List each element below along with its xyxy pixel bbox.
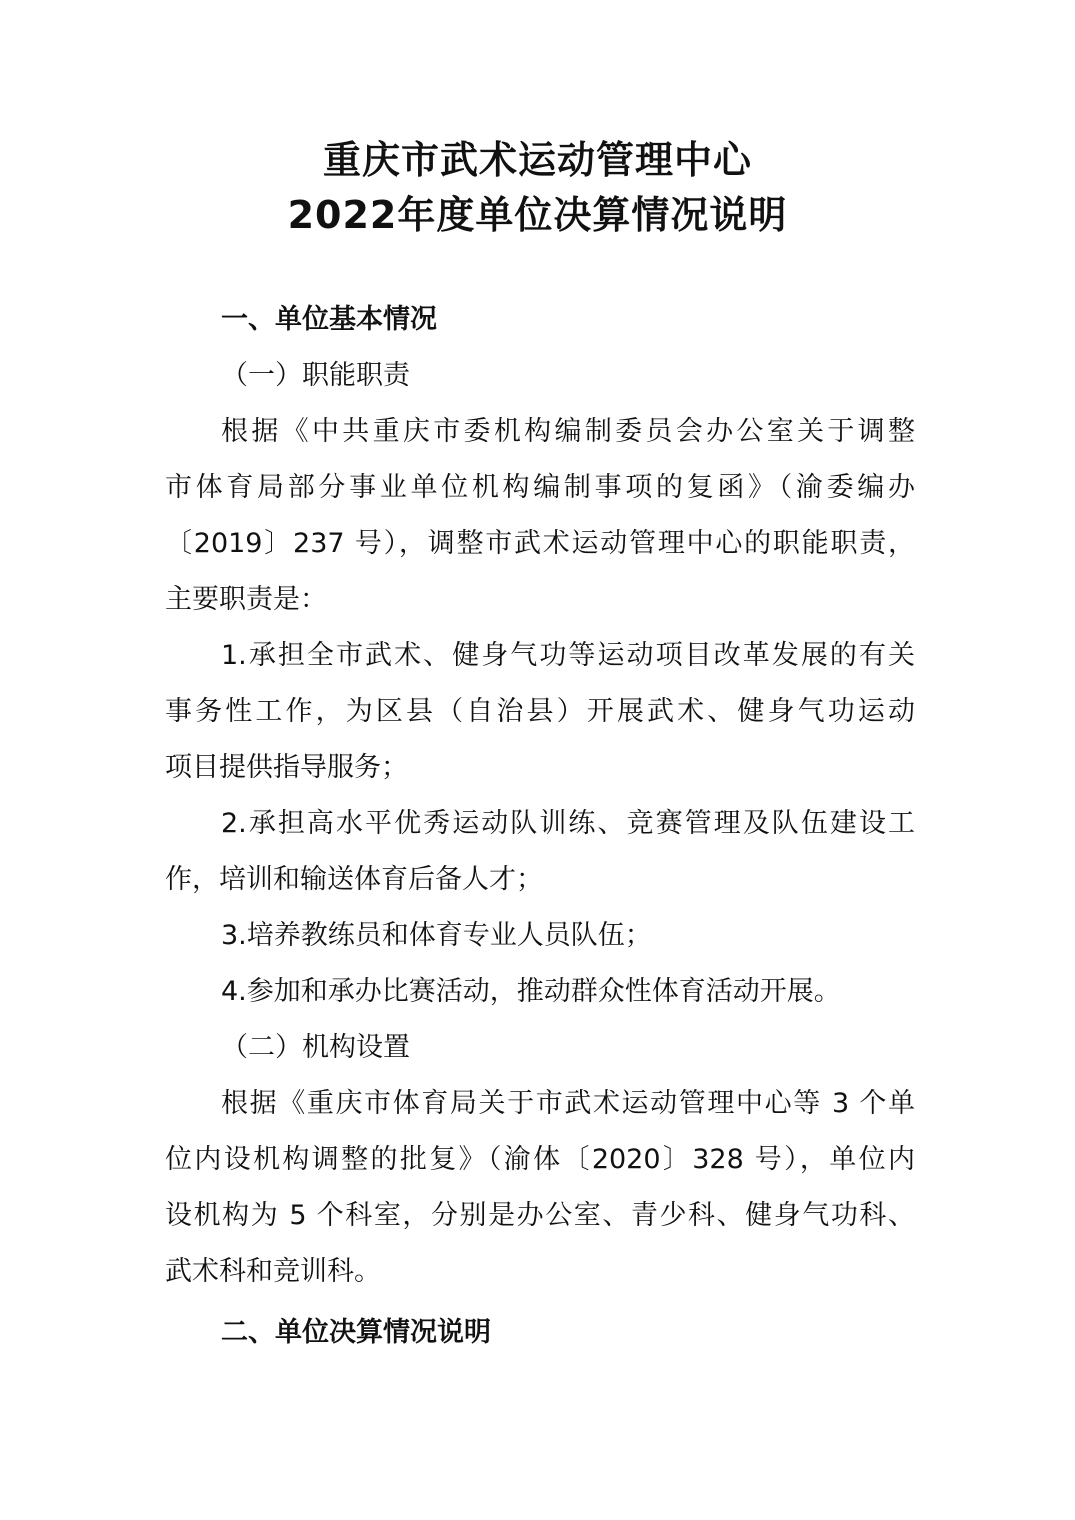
paragraph-line: 根据《中共重庆市委机构编制委员会办公室关于调整 [221,414,915,450]
document-title-line2: 2022年度单位决算情况说明 [0,193,1075,237]
section1-heading: 一、单位基本情况 [221,302,915,338]
subsection2-heading: （二）机构设置 [221,1030,971,1066]
duty-item-1-cont: 事务性工作，为区县（自治县）开展武术、健身气功运动 [165,694,915,730]
subsection1-heading: （一）职能职责 [221,358,971,394]
duty-item-4: 4.参加和承办比赛活动，推动群众性体育活动开展。 [221,974,915,1010]
document-title-line1: 重庆市武术运动管理中心 [0,138,1075,182]
duty-item-3: 3.培养教练员和体育专业人员队伍； [221,918,915,954]
paragraph-line: 市体育局部分事业单位机构编制事项的复函》（渝委编办 [165,470,915,506]
paragraph-line: 武术科和竞训科。 [165,1254,915,1290]
paragraph-line: 设机构为 5 个科室，分别是办公室、青少科、健身气功科、 [165,1198,915,1234]
duty-item-1: 1.承担全市武术、健身气功等运动项目改革发展的有关 [221,638,915,674]
duty-item-2: 2.承担高水平优秀运动队训练、竞赛管理及队伍建设工 [221,806,915,842]
paragraph-line: 根据《重庆市体育局关于市武术运动管理中心等 3 个单 [221,1086,915,1122]
paragraph-line: 位内设机构调整的批复》（渝体〔2020〕328 号），单位内 [165,1142,915,1178]
paragraph-line: 主要职责是： [165,582,915,618]
section2-heading: 二、单位决算情况说明 [221,1315,915,1351]
duty-item-1-cont: 项目提供指导服务； [165,750,915,786]
duty-item-2-cont: 作，培训和输送体育后备人才； [165,862,915,898]
document-page: 重庆市武术运动管理中心 2022年度单位决算情况说明 一、单位基本情况 （一）职… [0,0,1075,1520]
paragraph-line: 〔2019〕237 号），调整市武术运动管理中心的职能职责， [165,526,915,562]
